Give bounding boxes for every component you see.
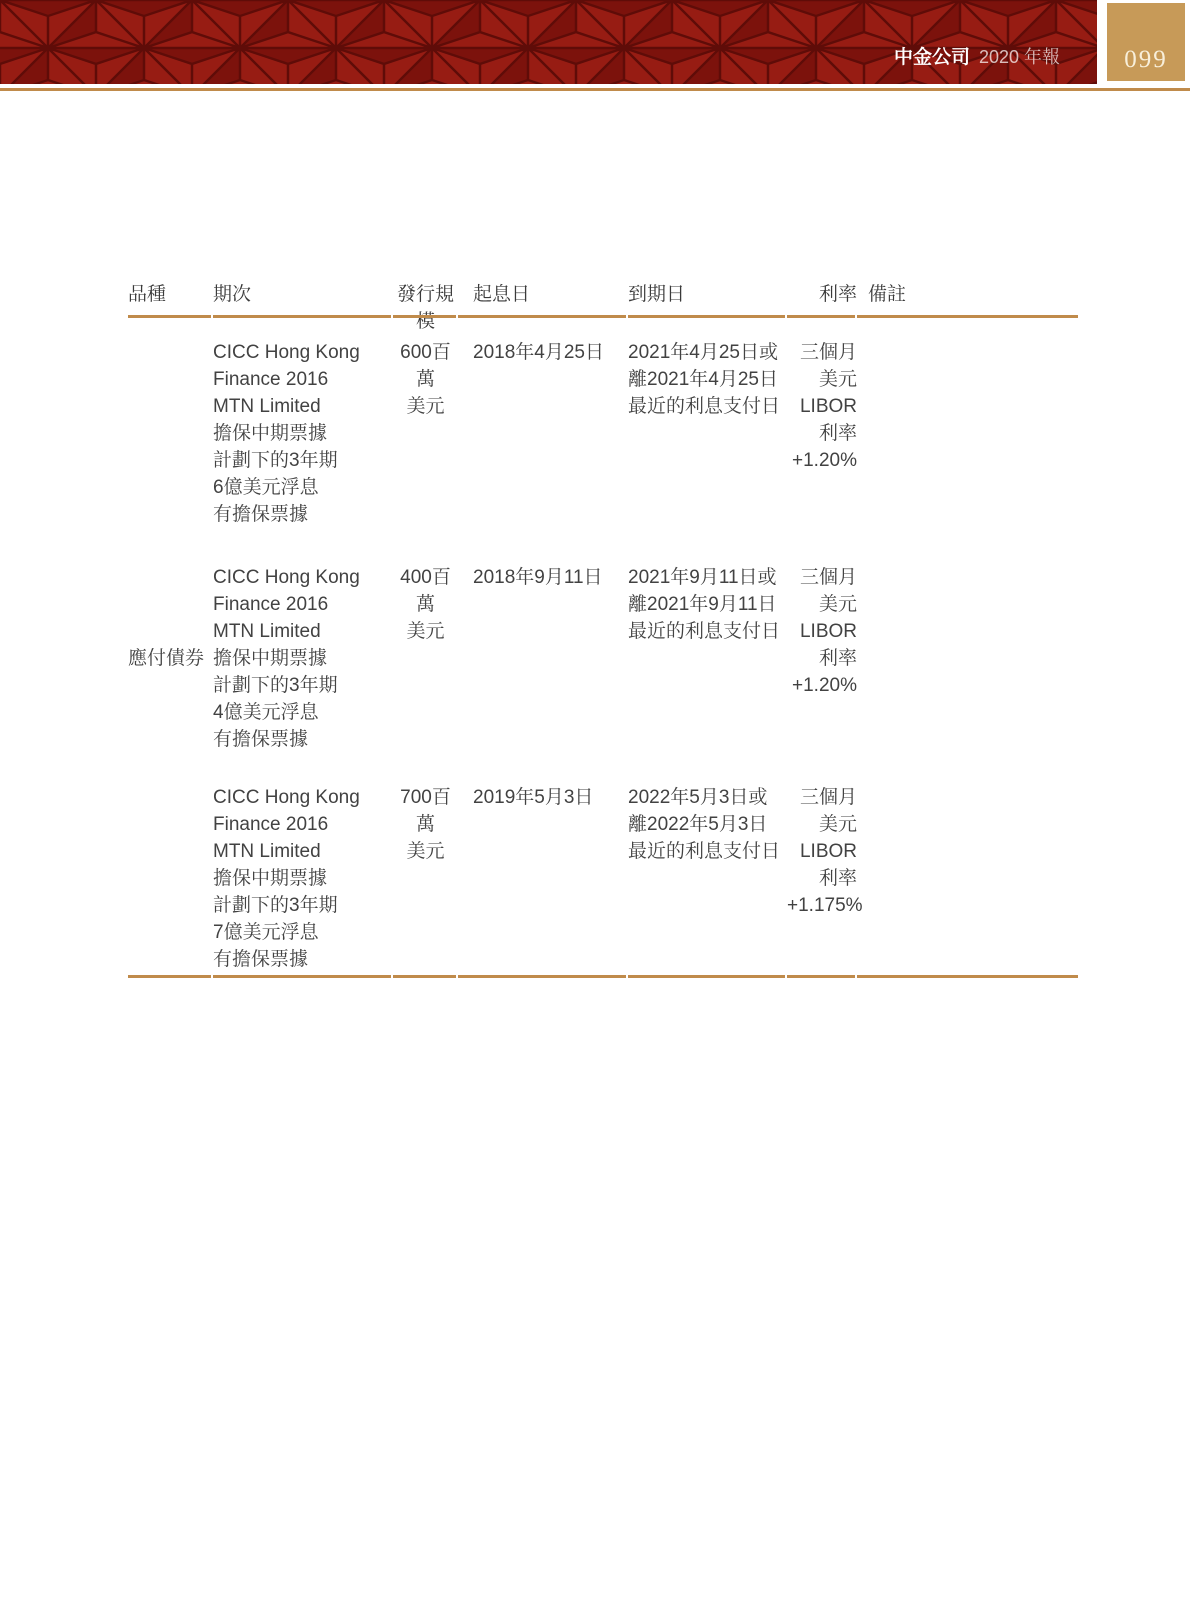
cell-issue-size: 700百萬 美元 xyxy=(393,784,458,973)
asanoha-pattern xyxy=(0,0,1097,84)
cell-notes xyxy=(857,784,1078,973)
cell-bond-type xyxy=(128,339,213,528)
column-header-series: 期次 xyxy=(213,281,393,308)
cell-issue-size: 400百萬 美元 xyxy=(393,564,458,753)
cell-maturity-date: 2022年5月3日或 離2022年5月3日 最近的利息支付日 xyxy=(628,784,787,973)
page-number-badge: 099 xyxy=(1107,3,1185,81)
cell-maturity-date: 2021年9月11日或 離2021年9月11日 最近的利息支付日 xyxy=(628,564,787,753)
cell-series: CICC Hong Kong Finance 2016 MTN Limited … xyxy=(213,784,393,973)
cell-series: CICC Hong Kong Finance 2016 MTN Limited … xyxy=(213,339,393,528)
report-title: 中金公司2020 年報 xyxy=(894,46,1060,70)
company-name: 中金公司 xyxy=(894,47,970,68)
column-header-issue-size: 發行規模 xyxy=(393,281,458,335)
cell-value-date: 2018年9月11日 xyxy=(458,564,628,753)
cell-value-date: 2019年5月3日 xyxy=(458,784,628,973)
bonds-table: 品種 期次 發行規模 起息日 到期日 利率 備註 CICC Hong Kong … xyxy=(128,281,1078,978)
cell-interest-rate: 三個月 美元 LIBOR 利率 +1.20% xyxy=(787,339,857,528)
report-page: 中金公司2020 年報 099 品種 期次 發行規模 起息日 到期日 利率 備註… xyxy=(0,0,1190,1615)
bond-row-2: 應付債券 CICC Hong Kong Finance 2016 MTN Lim… xyxy=(128,564,1078,753)
column-header-interest-rate: 利率 xyxy=(787,281,857,308)
column-header-notes: 備註 xyxy=(857,281,1078,308)
bond-row-1: CICC Hong Kong Finance 2016 MTN Limited … xyxy=(128,339,1078,528)
report-year: 2020 年報 xyxy=(979,47,1060,67)
cell-value-date: 2018年4月25日 xyxy=(458,339,628,528)
header-divider xyxy=(0,88,1190,91)
cell-maturity-date: 2021年4月25日或 離2021年4月25日 最近的利息支付日 xyxy=(628,339,787,528)
column-header-type: 品種 xyxy=(128,281,213,308)
column-header-value-date: 起息日 xyxy=(458,281,628,308)
table-top-rule xyxy=(128,315,1078,318)
cell-interest-rate: 三個月 美元 LIBOR 利率 +1.175% xyxy=(787,784,857,973)
table-header-row: 品種 期次 發行規模 起息日 到期日 利率 備註 xyxy=(128,281,1078,315)
cell-issue-size: 600百萬 美元 xyxy=(393,339,458,528)
cell-notes xyxy=(857,339,1078,528)
column-header-maturity-date: 到期日 xyxy=(628,281,787,308)
table-bottom-rule xyxy=(128,975,1078,978)
cell-bond-type: 應付債券 xyxy=(128,564,213,753)
cell-series: CICC Hong Kong Finance 2016 MTN Limited … xyxy=(213,564,393,753)
page-header-band: 中金公司2020 年報 xyxy=(0,0,1097,84)
cell-interest-rate: 三個月 美元 LIBOR 利率 +1.20% xyxy=(787,564,857,753)
page-number: 099 xyxy=(1107,47,1185,72)
cell-bond-type xyxy=(128,784,213,973)
bond-row-3: CICC Hong Kong Finance 2016 MTN Limited … xyxy=(128,784,1078,973)
cell-notes xyxy=(857,564,1078,753)
